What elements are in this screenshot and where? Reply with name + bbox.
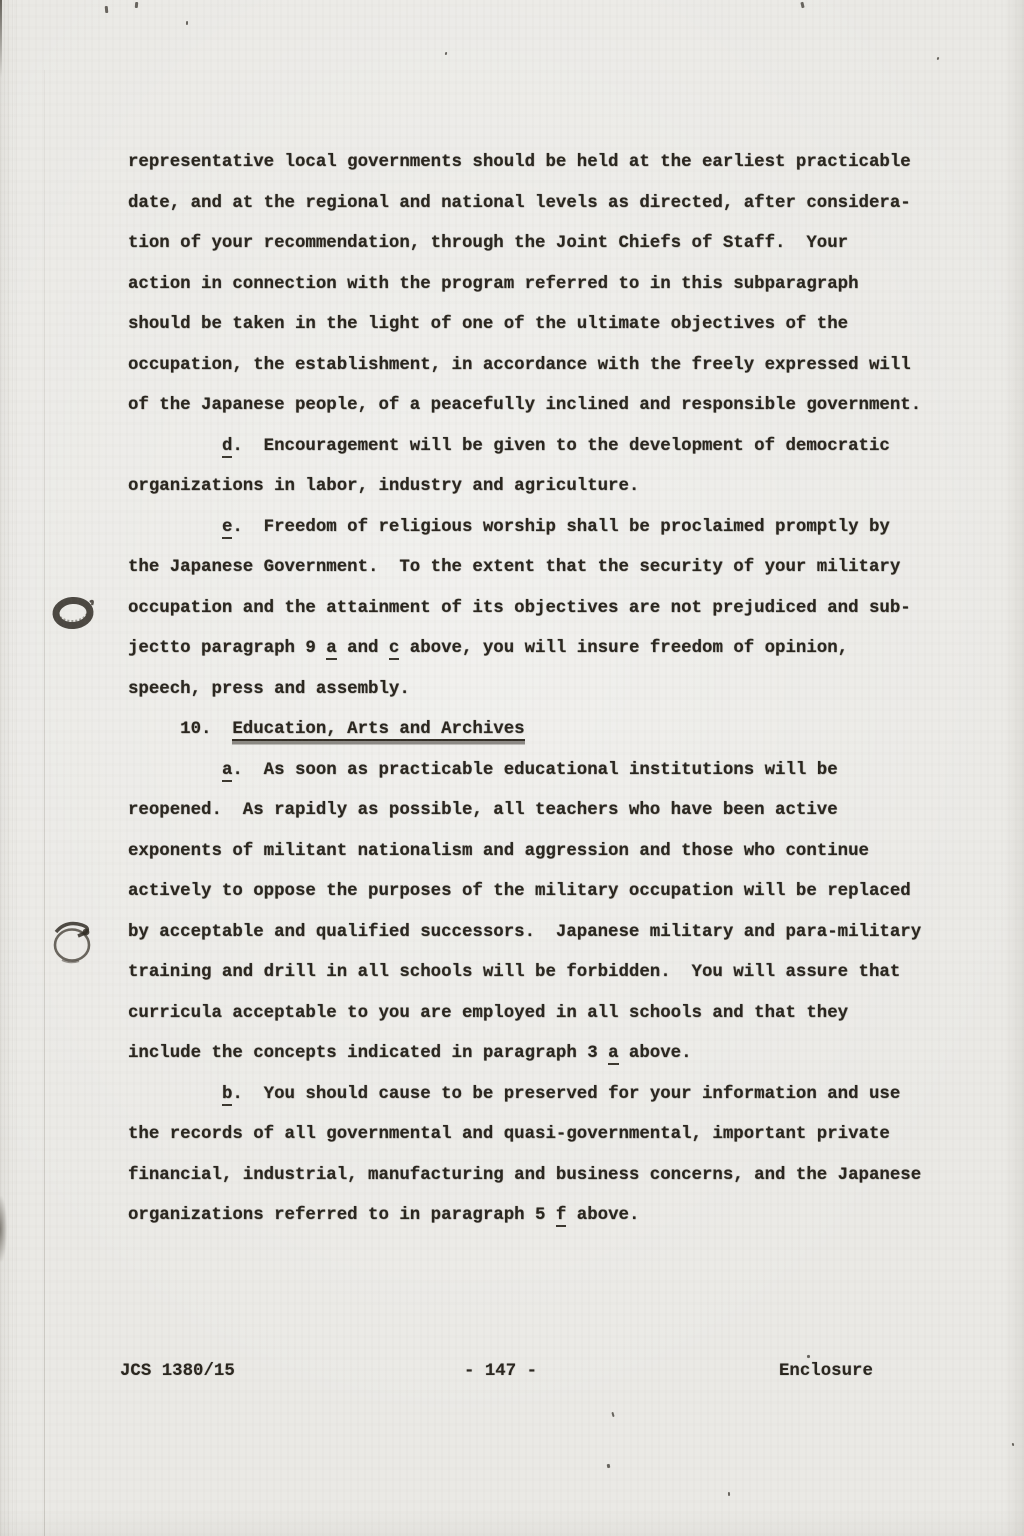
scan-speck	[937, 57, 940, 60]
scan-speck	[1012, 1443, 1015, 1446]
scan-speck	[611, 1412, 614, 1417]
footer-page-number: - 147 -	[464, 1362, 537, 1381]
document-line: the records of all governmental and quas…	[128, 1115, 1008, 1156]
document-page: representative local governments should …	[0, 0, 1024, 1536]
scan-speck	[728, 1492, 730, 1496]
document-line: training and drill in all schools will b…	[128, 953, 1008, 994]
document-line: organizations in labor, industry and agr…	[128, 467, 1008, 508]
document-line: e. Freedom of religious worship shall be…	[128, 508, 1008, 549]
document-line: d. Encouragement will be given to the de…	[128, 427, 1008, 468]
scan-speck	[607, 1464, 611, 1468]
scan-edge-shadow	[0, 0, 2, 78]
document-line: date, and at the regional and national l…	[128, 184, 1008, 225]
scan-speck	[135, 2, 139, 8]
scan-speck	[445, 52, 448, 55]
scan-speck	[105, 6, 109, 13]
footer-enclosure-label: Enclosure	[779, 1362, 873, 1381]
document-line: reopened. As rapidly as possible, all te…	[128, 791, 1008, 832]
document-line: curricula acceptable to you are employed…	[128, 994, 1008, 1035]
document-line: tion of your recommendation, through the…	[128, 224, 1008, 265]
paper-fold-line	[44, 70, 45, 1536]
document-line: the Japanese Government. To the extent t…	[128, 548, 1008, 589]
document-line: a. As soon as practicable educational in…	[128, 751, 1008, 792]
document-line: by acceptable and qualified successors. …	[128, 913, 1008, 954]
document-line: actively to oppose the purposes of the m…	[128, 872, 1008, 913]
document-line: financial, industrial, manufacturing and…	[128, 1156, 1008, 1197]
document-line: representative local governments should …	[128, 143, 1008, 184]
scan-speck	[186, 21, 188, 25]
scan-speck	[800, 2, 804, 9]
scan-speck	[807, 1355, 811, 1359]
document-line: exponents of militant nationalism and ag…	[128, 832, 1008, 873]
pencil-circle-scribble-mark	[48, 908, 108, 970]
document-line: of the Japanese people, of a peacefully …	[128, 386, 1008, 427]
ink-ring-stamp-mark	[50, 590, 100, 640]
document-line: 10. Education, Arts and Archives	[128, 710, 1008, 751]
scan-edge-blot	[0, 1196, 7, 1262]
document-line: action in connection with the program re…	[128, 265, 1008, 306]
document-line: organizations referred to in paragraph 5…	[128, 1196, 1008, 1237]
document-line: occupation and the attainment of its obj…	[128, 589, 1008, 630]
footer-document-id: JCS 1380/15	[120, 1362, 235, 1381]
document-line: include the concepts indicated in paragr…	[128, 1034, 1008, 1075]
document-line: speech, press and assembly.	[128, 670, 1008, 711]
scan-edge-texture	[0, 0, 18, 1536]
document-line: b. You should cause to be preserved for …	[128, 1075, 1008, 1116]
document-body-text: representative local governments should …	[128, 143, 1008, 1237]
document-line: jectto paragraph 9 a and c above, you wi…	[128, 629, 1008, 670]
document-line: occupation, the establishment, in accord…	[128, 346, 1008, 387]
document-line: should be taken in the light of one of t…	[128, 305, 1008, 346]
